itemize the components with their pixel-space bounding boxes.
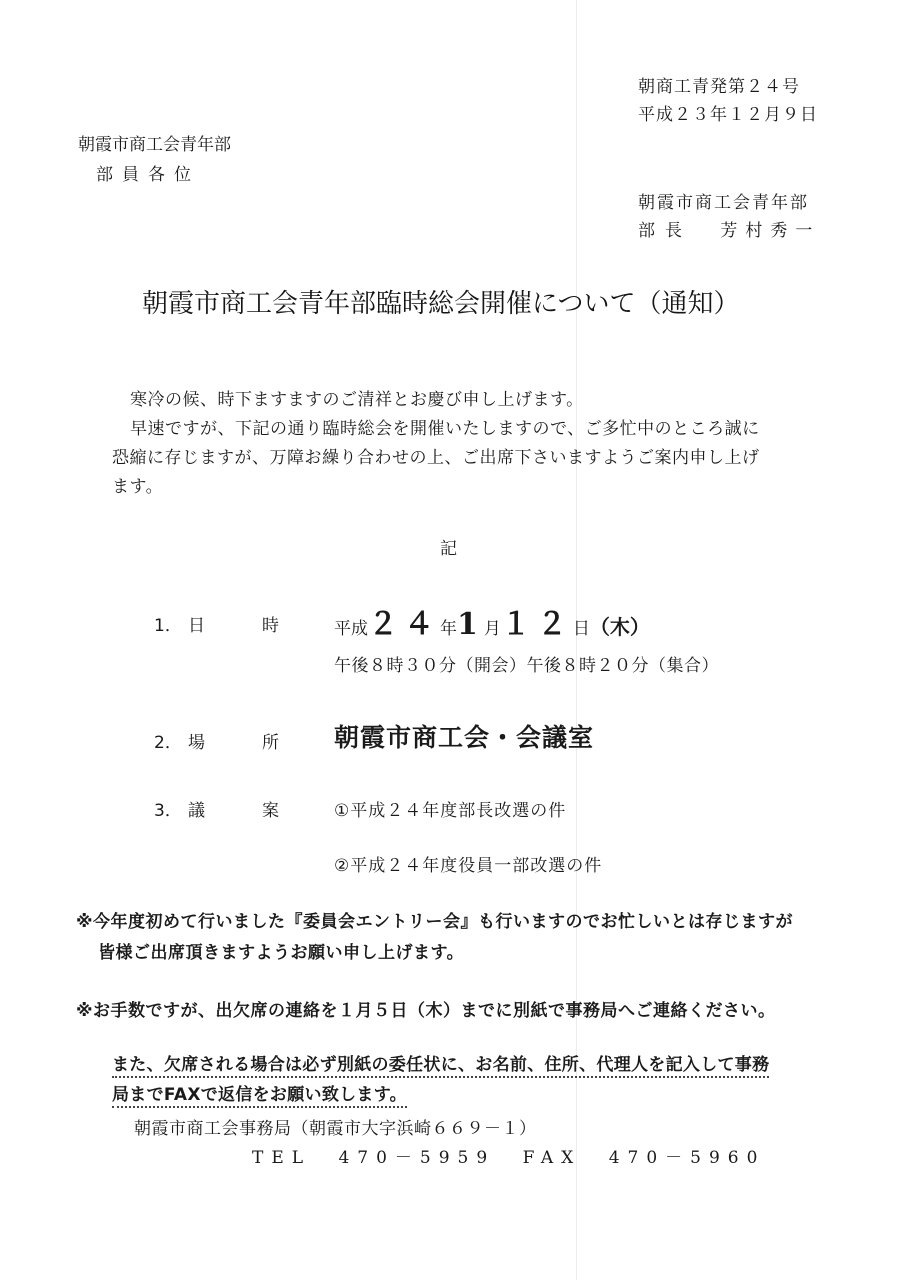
item-2-label-a: 場 (188, 728, 205, 753)
note-1-line2: 皆様ご出席頂きますようお願い申し上げます。 (98, 938, 464, 963)
item-1-label-a: 日 (188, 611, 205, 636)
note-2: ※お手数ですが、出欠席の連絡を１月５日（木）までに別紙で事務局へご連絡ください。 (76, 996, 776, 1021)
agenda-item-2: ②平成２４年度役員一部改選の件 (334, 851, 602, 876)
proxy-notice-line2-text: 局までFAXで返信をお願い致します。 (112, 1085, 407, 1108)
date-day-unit: 日 (573, 619, 590, 639)
date-year-unit: 年 (440, 619, 457, 639)
recipient-organization: 朝霞市商工会青年部 (78, 130, 231, 155)
item-3-number: 3． (154, 796, 182, 821)
date-month-unit: 月 (484, 619, 501, 639)
date-year: ２４ (368, 607, 440, 642)
item-2-number: 2． (154, 728, 182, 753)
item-3-label-a: 議 (188, 796, 205, 821)
note-1-line1: ※今年度初めて行いました『委員会エントリー会』も行いますのでお忙しいとは存じます… (76, 907, 793, 932)
body-paragraph-line2: 恐縮に存じますが、万障お繰り合わせの上、ご出席下さいますようご案内申し上げ (112, 444, 760, 473)
proxy-notice-line1-text: また、欠席される場合は必ず別紙の委任状に、お名前、住所、代理人を記入して事務 (112, 1055, 769, 1078)
agenda-item-1: ①平成２４年度部長改選の件 (334, 796, 566, 821)
office-address: 朝霞市商工会事務局（朝霞市大字浜崎６６９－１） (134, 1114, 537, 1139)
ki-heading: 記 (440, 534, 458, 559)
document-date: 平成２３年１２月９日 (638, 100, 818, 125)
date-weekday: （木） (590, 615, 650, 639)
tel-number: 470－5959 (338, 1148, 495, 1168)
page-title: 朝霞市商工会青年部臨時総会開催について（通知） (142, 283, 739, 320)
date-prefix: 平成 (334, 619, 368, 639)
meeting-date: 平成２４年1月１２日（木） (334, 599, 650, 643)
proxy-notice-line1: また、欠席される場合は必ず別紙の委任状に、お名前、住所、代理人を記入して事務 (112, 1050, 769, 1080)
item-1-label-b: 時 (262, 611, 279, 636)
item-3-label-b: 案 (262, 796, 279, 821)
recipient-addressee: 部員各位 (96, 160, 200, 185)
fax-number: 470－5960 (609, 1148, 766, 1168)
sender-line: 部長 芳村秀一 (638, 216, 820, 241)
document-page: 朝商工青発第２４号 平成２３年１２月９日 朝霞市商工会青年部 部員各位 朝霞市商… (0, 0, 906, 1280)
greeting-text: 寒冷の候、時下ますますのご清祥とお慶び申し上げます。 (130, 386, 584, 415)
body-paragraph-line3: ます。 (112, 473, 163, 502)
meeting-venue: 朝霞市商工会・会議室 (334, 718, 594, 754)
date-day: １２ (501, 607, 573, 642)
body-paragraph-line1: 早速ですが、下記の通り臨時総会を開催いたしますので、ご多忙中のところ誠に (130, 415, 760, 444)
contact-numbers: TEL 470－5959 FAX 470－5960 (252, 1143, 765, 1168)
sender-title: 部長 (638, 221, 692, 241)
item-2-label-b: 所 (262, 728, 279, 753)
fax-label: FAX (523, 1148, 582, 1168)
tel-label: TEL (252, 1148, 311, 1168)
meeting-time-detail: 午後８時３０分（開会）午後８時２０分（集合） (334, 651, 719, 676)
sender-name: 芳村秀一 (720, 221, 820, 241)
document-number: 朝商工青発第２４号 (638, 72, 800, 97)
date-month: 1 (457, 607, 484, 642)
proxy-notice-line2: 局までFAXで返信をお願い致します。 (112, 1080, 407, 1110)
item-1-number: 1． (154, 611, 182, 636)
sender-organization: 朝霞市商工会青年部 (638, 188, 809, 213)
